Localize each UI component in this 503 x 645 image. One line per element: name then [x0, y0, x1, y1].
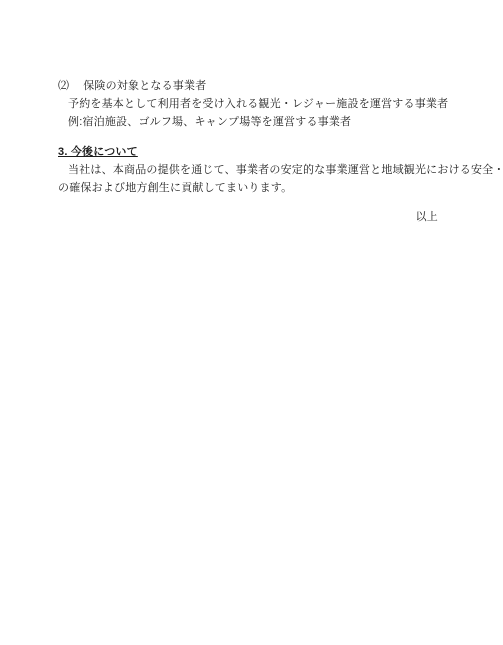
subsection-title-line: ⑵保険の対象となる事業者 [58, 77, 460, 95]
section-paragraph-line: 当社は、本商品の提供を通じて、事業者の安定的な事業運営と地域観光における安全・安… [58, 161, 460, 179]
subsection-title: 保険の対象となる事業者 [83, 80, 206, 92]
section-paragraph-line: の確保および地方創生に貢献してまいります。 [58, 179, 460, 197]
subsection-number: ⑵ [58, 77, 69, 95]
section-heading: 3. 今後について [58, 143, 460, 161]
document-page: ⑵保険の対象となる事業者 予約を基本として利用者を受け入れる観光・レジャー施設を… [0, 0, 503, 645]
closing-mark: 以上 [58, 208, 460, 226]
subsection-body-line: 予約を基本として利用者を受け入れる観光・レジャー施設を運営する事業者 [58, 95, 460, 113]
subsection-example-line: 例:宿泊施設、ゴルフ場、キャンプ場等を運営する事業者 [58, 113, 460, 131]
